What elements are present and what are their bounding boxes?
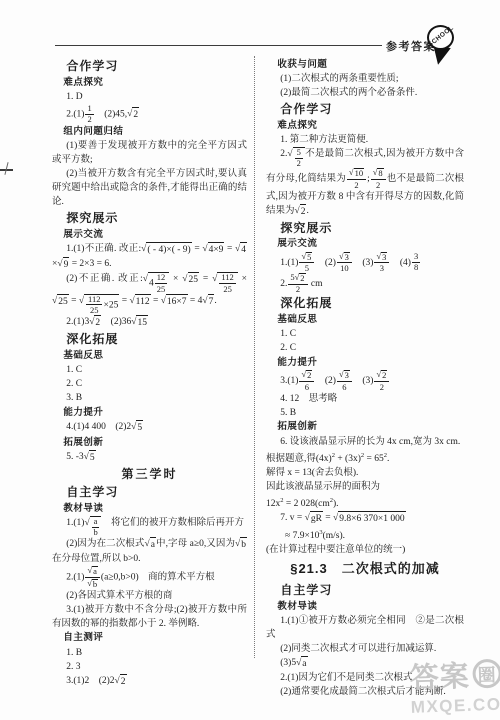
denominator: 6 (299, 382, 314, 392)
subsection-heading: 基础反思 (266, 312, 464, 327)
denominator: 2 (371, 180, 386, 190)
fraction: 11225 (86, 295, 102, 315)
fraction: 5√22 (288, 273, 307, 294)
text-line: 3. B (52, 391, 247, 405)
text-line: (2)最简二次根式的两个必备条件. (266, 86, 464, 100)
text-line: 2. C (52, 377, 247, 391)
fraction: √a√b (85, 566, 99, 588)
radicand: b (92, 579, 98, 589)
numerator: 5 (295, 148, 303, 159)
fraction: √22 (374, 370, 389, 391)
radicand: 10 (354, 168, 365, 178)
section-heading: 探究展示 (266, 219, 464, 237)
text-line: 1. C (52, 363, 247, 377)
subsection-heading: 展示交流 (266, 237, 464, 252)
text-line: 根据题意,得(4x)2 + (3x)2 = 652. (266, 449, 464, 466)
text-line: 6. 设该液晶显示屏的长为 4x cm,宽为 3x cm. (266, 435, 464, 449)
sqrt-expression: √15 (131, 315, 148, 330)
sqrt-expression: √9.8×6 370×1 000 (333, 511, 406, 526)
radicand: 11225 (217, 272, 237, 293)
radicand: b (240, 537, 247, 552)
watermark-brand-text: 答案 (408, 654, 469, 697)
denominator: √b (85, 578, 99, 589)
numerator: 1 (85, 104, 93, 115)
text-line: 1.(1)不正确. 改正:√( - 4)×( - 9) = √4×9 = √4×… (52, 242, 247, 272)
left-column: 合作学习难点探究1. D2.(1)12 (2)45,√2组内问题归结(1)要善于… (52, 57, 247, 689)
subsection-heading: 展示交流 (52, 227, 247, 242)
section-heading: 合作学习 (52, 57, 247, 75)
numerator: 3 (412, 252, 420, 263)
subsection-heading: 基础反思 (52, 348, 247, 363)
subsection-heading: 教材导读 (52, 501, 247, 516)
denominator: 2 (347, 180, 366, 190)
denominator: b (92, 528, 100, 538)
right-column: 收获与问题(1)二次根式的两条重要性质;(2)最简二次根式的两个必备条件.合作学… (266, 57, 464, 699)
sqrt-expression: √2 (127, 107, 139, 122)
fraction: √36 (337, 370, 352, 391)
subsection-heading: 难点探究 (266, 118, 464, 133)
sqrt-expression: √25 (182, 272, 199, 287)
sqrt-expression: √11225×25 (79, 294, 120, 315)
numerator: √2 (374, 370, 389, 382)
text-line: 1. D (52, 90, 247, 104)
radicand: 2 (381, 370, 387, 380)
text-line: 5. B (266, 406, 464, 420)
radicand: 7 (208, 294, 215, 309)
fraction: √82 (371, 168, 386, 189)
numerator: √10 (347, 168, 366, 180)
text-line: 1.(1)√55 (2)√310 (3)√33 (4)38 (266, 252, 464, 273)
text-line: (1)二次根式的两条重要性质; (266, 72, 464, 86)
sqrt-expression: √3 (339, 370, 350, 380)
denominator: 2 (295, 159, 303, 169)
sqrt-expression: √4 (235, 242, 247, 257)
text-line: (2)不正确. 改正:√41225 × √25 = √11225 × √25 =… (52, 272, 247, 315)
section-heading: 深化拓展 (52, 330, 247, 348)
text-line: (2)当被开方数含有完全平方因式时,要认真研究题中给出或隐含的条件,才能得出正确… (52, 167, 247, 209)
watermark-circle-logo-icon: 圈 (472, 659, 500, 689)
radicand: 5 (89, 450, 96, 465)
fraction: √310 (337, 252, 352, 273)
radicand: 5 (306, 252, 312, 262)
sqrt-expression: √8 (373, 168, 384, 178)
watermark-circled-char: 圈 (477, 660, 497, 687)
sqrt-expression: √3 (376, 252, 387, 262)
denominator: 10 (337, 263, 352, 273)
radicand: 8 (377, 168, 383, 178)
sqrt-expression: √2 (115, 674, 127, 689)
radicand: 4 (240, 242, 247, 257)
denominator: 25 (155, 284, 168, 294)
fraction: 38 (412, 252, 420, 272)
text-line: 2.(1)12 (2)45,√2 (52, 104, 247, 124)
text-line: 5. -3√5 (52, 450, 247, 465)
sqrt-expression: √2 (89, 315, 101, 330)
radicand: 3 (381, 252, 387, 262)
text-line: 3.(1)√26 (2)√36 (3)√22 (266, 370, 464, 391)
sqrt-expression: √25 (52, 294, 69, 309)
radicand: 2 (299, 273, 305, 283)
radicand: 25 (188, 272, 200, 287)
fraction: √26 (299, 370, 314, 391)
text-line: 2.(1)√a√b(a≥0,b>0) 商的算术平方根 (52, 566, 247, 588)
radicand: 112 (135, 294, 151, 309)
denominator: 2 (85, 115, 93, 125)
watermark-site-url: MXQE.COM (410, 694, 500, 718)
denominator: 25 (86, 305, 102, 315)
sqrt-expression: √2 (295, 204, 307, 219)
column-divider (254, 56, 255, 658)
text-line: 3.(1)2 (2)2√2 (52, 674, 247, 689)
radicand: a (92, 566, 98, 576)
text-line: 1.(1)√ab 将它们的被开方数相除后再开方 (52, 516, 247, 537)
sqrt-expression: √112 (129, 294, 150, 309)
text-line: (2)因为在二次根式√a中,字母 a≥0,又因为√b在分母位置,所以 b>0. (52, 537, 247, 566)
sqrt-expression: √41225 (143, 272, 169, 293)
numerator: 5√2 (288, 273, 307, 285)
radicand: ab (90, 516, 102, 537)
superscript: 2 (384, 452, 387, 459)
radicand: 2 (94, 315, 101, 330)
text-line: 因此该液晶显示屏的面积为 (266, 480, 464, 494)
text-line: 7. v = √gR = √9.8×6 370×1 000 (266, 511, 464, 526)
radicand: 15 (136, 315, 148, 330)
numerator: √3 (337, 252, 352, 264)
radicand: a (301, 656, 307, 671)
text-line: (在计算过程中要注意单位的统一) (266, 543, 464, 557)
sqrt-expression: √3 (339, 252, 350, 262)
sqrt-expression: √b (235, 537, 247, 552)
numerator: 12 (155, 273, 168, 284)
numerator: 112 (219, 273, 235, 284)
text-line: 2.(1)3√2 (2)36√15 (52, 315, 247, 330)
text-line: ≈ 7.9×103(m/s). (266, 526, 464, 543)
radicand: 52 (293, 147, 305, 168)
fraction: 11225 (219, 273, 235, 293)
text-line: 1. 第二种方法更简便. (266, 133, 464, 147)
radicand: 2 (300, 204, 307, 219)
denominator: 2 (288, 285, 307, 295)
sqrt-expression: √5 (131, 420, 143, 435)
denominator: 25 (219, 284, 235, 294)
numerator: √3 (337, 370, 352, 382)
numerator: √8 (371, 168, 386, 180)
radicand: 16×7 (166, 294, 188, 309)
radicand: 5 (136, 420, 143, 435)
radicand: 2 (132, 107, 139, 122)
radicand: 2 (306, 370, 312, 380)
radicand: gR (310, 511, 323, 526)
text-line: 1. B (52, 646, 247, 660)
site-watermark: 答案 圈 MXQE.COM (408, 652, 500, 718)
subsection-heading: 拓展创新 (266, 420, 464, 435)
sqrt-expression: √2 (295, 273, 306, 283)
section-heading: 自主学习 (266, 581, 464, 599)
radicand: 9.8×6 370×1 000 (338, 511, 405, 526)
fraction: 1225 (155, 273, 168, 293)
numerator: 112 (86, 295, 102, 306)
text-line: 2.√52不是最简二次根式,因为被开方数中含有分母,化简结果为√102;√82也… (266, 147, 464, 219)
sqrt-expression: √16×7 (161, 294, 188, 309)
denominator: 8 (412, 263, 420, 273)
header-rule (55, 45, 382, 46)
text-line: (1)要善于发现被开方数中的完全平方因式或平方数; (52, 139, 247, 167)
text-line: 2. C (266, 341, 464, 355)
text-line: 解得 x = 13(舍去负根). (266, 466, 464, 480)
sqrt-expression: √10 (349, 168, 364, 178)
sqrt-expression: √ab (84, 516, 101, 537)
denominator: 3 (374, 263, 389, 273)
text-line: 12x2 = 2 028(cm2). (266, 494, 464, 511)
numerator: a (92, 517, 100, 528)
subsection-heading: 组内问题归结 (52, 124, 247, 139)
subsection-heading: 难点探究 (52, 75, 247, 90)
section-heading: 探究展示 (52, 209, 247, 227)
sqrt-expression: √5 (84, 450, 96, 465)
sqrt-expression: √9 (57, 257, 69, 272)
sqrt-expression: √gR (305, 511, 323, 526)
fraction: √102 (347, 168, 366, 189)
text-line: 3.(1)被开方数中不含分母;(2)被开方数中所有因数的幂的指数都小于 2. 举… (52, 603, 247, 631)
radicand: 3 (344, 252, 350, 262)
sqrt-expression: √2 (301, 370, 312, 380)
chapter-title: §21.3 二次根式的加减 (266, 557, 464, 581)
superscript: 2 (280, 497, 283, 504)
sqrt-expression: √( - 4)×( - 9) (141, 242, 192, 257)
radicand: a (150, 537, 156, 552)
section-heading: 深化拓展 (266, 294, 464, 312)
radicand: 3 (344, 370, 350, 380)
sqrt-expression: √4×9 (202, 242, 224, 257)
fraction: √55 (299, 252, 314, 273)
radicand: 4×9 (208, 242, 225, 257)
subsection-heading: 能力提升 (266, 355, 464, 370)
denominator: 6 (337, 382, 352, 392)
radicand: 25 (57, 294, 69, 309)
superscript: 2 (361, 452, 364, 459)
fraction: 52 (295, 148, 303, 168)
subsection-heading: 自主测评 (52, 631, 247, 646)
subsection-heading: 教材导读 (266, 599, 464, 614)
section-heading: 合作学习 (266, 100, 464, 118)
text-line: 2.5√22 cm (266, 273, 464, 294)
sqrt-expression: √11225 (212, 272, 238, 293)
radicand: 2 (120, 674, 127, 689)
subsection-heading: 拓展创新 (52, 435, 247, 450)
numerator: √3 (374, 252, 389, 264)
fraction: √33 (374, 252, 389, 273)
radicand: 41225 (148, 272, 169, 293)
superscript: 3 (319, 529, 322, 536)
text-line: 4. 12 思考略 (266, 392, 464, 406)
radicand: 11225×25 (84, 294, 119, 315)
denominator: 2 (374, 382, 389, 392)
fraction: ab (92, 517, 100, 537)
denominator: 5 (299, 263, 314, 273)
text-line: 1.(1)①被开方数必须完全相同 ②是二次根式 (266, 614, 464, 642)
superscript: 2 (330, 497, 333, 504)
text-line: (2)各因式算术平方根的商 (52, 589, 247, 603)
fraction: 12 (85, 104, 93, 124)
text-line: 1. C (266, 327, 464, 341)
sqrt-expression: √52 (287, 147, 304, 168)
radicand: ( - 4)×( - 9) (146, 242, 191, 257)
sqrt-expression: √7 (202, 294, 214, 309)
sqrt-expression: √a (144, 537, 155, 552)
radicand: 9 (63, 257, 70, 272)
text-line: 4.(1)4 400 (2)2√5 (52, 420, 247, 435)
section-heading: 自主学习 (52, 483, 247, 501)
sqrt-expression: √a (87, 566, 97, 576)
sqrt-expression: √b (87, 579, 98, 589)
numerator: √5 (299, 252, 314, 264)
numerator: √2 (299, 370, 314, 382)
subsection-heading: 能力提升 (52, 405, 247, 420)
sqrt-expression: √a (296, 656, 307, 671)
watermark-brand: 答案 圈 (408, 652, 500, 697)
lesson-heading: 第三学时 (52, 465, 247, 483)
subsection-heading: 收获与问题 (266, 57, 464, 72)
text-line: 2. 3 (52, 660, 247, 674)
superscript: 2 (332, 452, 335, 459)
sqrt-expression: √2 (376, 370, 387, 380)
sqrt-expression: √5 (301, 252, 312, 262)
numerator: √a (85, 566, 99, 578)
